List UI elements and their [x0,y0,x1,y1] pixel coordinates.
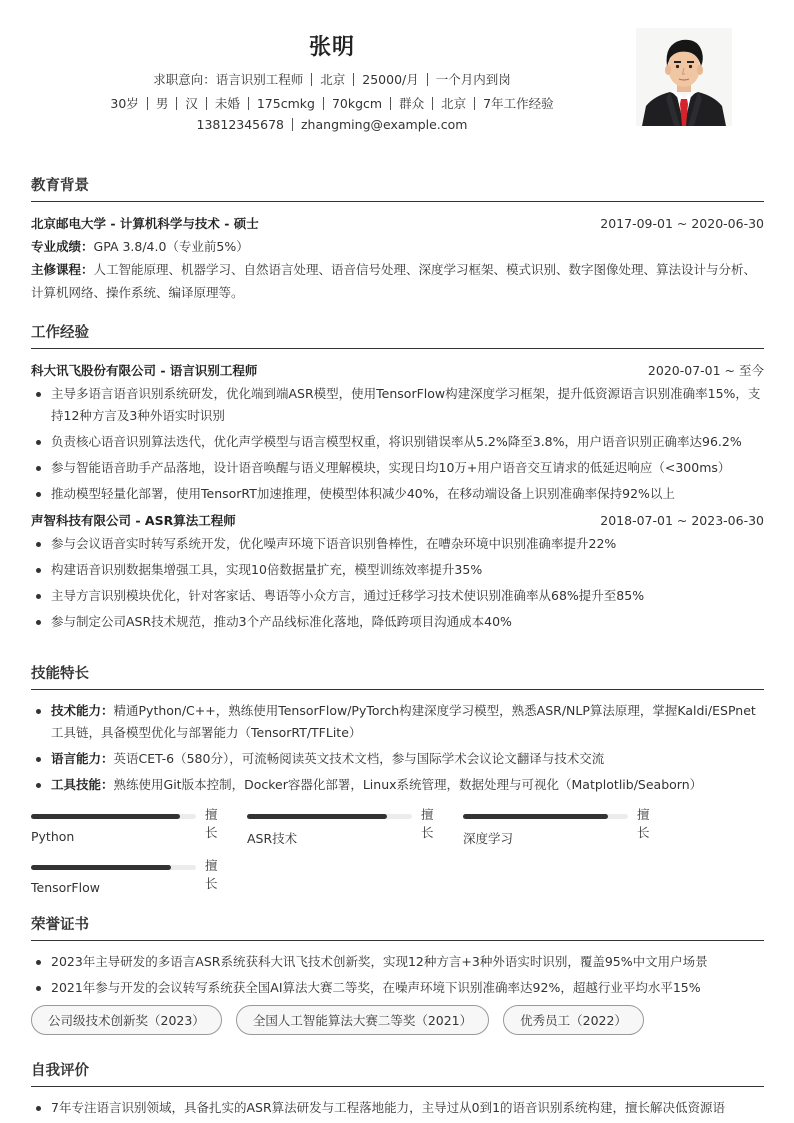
honors-section: 荣誉证书 2023年主导研发的多语言ASR系统获科大讯飞技术创新奖，实现12种方… [31,913,764,1035]
skill-name: TensorFlow [31,880,100,895]
skill-level: 擅长 [205,856,221,892]
skill-name: ASR技术 [247,829,297,847]
progress-track [463,814,628,819]
separator [176,97,177,110]
separator [427,73,428,86]
separator [323,97,324,110]
progress-fill [463,814,608,819]
separator [432,97,433,110]
skill-level: 擅长 [205,805,221,841]
separator [206,97,207,110]
separator [292,118,293,131]
list-item: 负责核心语音识别算法迭代，优化声学模型与语言模型权重，将识别错误率从5.2%降至… [31,431,764,453]
work-section: 工作经验 科大讯飞股份有限公司 - 语言识别工程师 2020-07-01 ~ 至… [31,321,764,637]
job-dates: 2020-07-01 ~ 至今 [648,361,764,379]
progress-fill [31,865,171,870]
residence: 北京 [441,96,466,111]
job-bullets: 主导多语言语音识别系统研发，优化端到端ASR模型，使用TensorFlow构建深… [31,383,764,505]
progress-track [247,814,412,819]
skill-text: 英语CET-6（580分），可流畅阅读英文技术文档，参与国际学术会议论文翻译与技… [114,751,605,766]
skill-text: 熟练使用Git版本控制，Docker容器化部署，Linux系统管理，数据处理与可… [114,777,703,792]
company-role: 声智科技有限公司 - ASR算法工程师 [31,511,236,529]
height: 175cmkg [257,96,315,111]
political-status: 群众 [399,96,424,111]
job-header: 声智科技有限公司 - ASR算法工程师 2018-07-01 ~ 2023-06… [31,509,764,531]
separator [353,73,354,86]
list-item: 2021年参与开发的会议转写系统获全国AI算法大赛二等奖，在噪声环境下识别准确率… [31,977,764,999]
job-intention: 求职意向：语言识别工程师 [153,72,303,87]
list-item: 技术能力：精通Python/C++，熟练使用TensorFlow/PyTorch… [31,700,764,744]
job-header: 科大讯飞股份有限公司 - 语言识别工程师 2020-07-01 ~ 至今 [31,359,764,381]
divider [31,348,764,349]
self-evaluation-section: 自我评价 7年专注语言识别领域，具备扎实的ASR算法研发与工程落地能力，主导过从… [31,1059,764,1123]
education-section: 教育背景 北京邮电大学 - 计算机科学与技术 - 硕士 2017-09-01 ~… [31,174,764,304]
job-intention-line: 求职意向：语言识别工程师北京25000/月一个月内到岗 [0,70,664,88]
skill-bar-tensorflow: 擅长 TensorFlow [31,856,221,900]
award-tag: 公司级技术创新奖（2023） [31,1005,222,1035]
skill-bar-deep-learning: 擅长 深度学习 [463,805,653,849]
skill-label: 语言能力： [51,751,114,766]
section-title: 自我评价 [31,1059,764,1081]
ethnicity: 汉 [185,96,198,111]
divider [31,201,764,202]
list-item: 构建语音识别数据集增强工具，实现10倍数据量扩充，模型训练效率提升35% [31,559,764,581]
skill-name: 深度学习 [463,829,513,847]
weight: 70kgcm [332,96,382,111]
self-eval-bullets: 7年专注语言识别领域，具备扎实的ASR算法研发与工程落地能力，主导过从0到1的语… [31,1097,764,1119]
award-tag: 优秀员工（2022） [503,1005,644,1035]
separator [311,73,312,86]
skills-section: 技能特长 技术能力：精通Python/C++，熟练使用TensorFlow/Py… [31,662,764,800]
courses-label: 主修课程： [31,262,94,277]
resume-header: 张明 求职意向：语言识别工程师北京25000/月一个月内到岗 30岁男汉未婚17… [0,0,794,150]
intended-city: 北京 [320,72,345,87]
list-item: 2023年主导研发的多语言ASR系统获科大讯飞技术创新奖，实现12种方言+3种外… [31,951,764,973]
progress-fill [247,814,387,819]
list-item: 参与制定公司ASR技术规范，推动3个产品线标准化落地，降低跨项目沟通成本40% [31,611,764,633]
avatar [636,28,732,126]
education-entry-header: 北京邮电大学 - 计算机科学与技术 - 硕士 2017-09-01 ~ 2020… [31,212,764,234]
expected-salary: 25000/月 [362,72,418,87]
skill-text: 精通Python/C++，熟练使用TensorFlow/PyTorch构建深度学… [51,703,756,740]
company-role: 科大讯飞股份有限公司 - 语言识别工程师 [31,361,257,379]
marital-status: 未婚 [215,96,240,111]
separator [248,97,249,110]
job-dates: 2018-07-01 ~ 2023-06-30 [600,513,764,528]
gender: 男 [156,96,169,111]
divider [31,689,764,690]
skill-bar-python: 擅长 Python [31,805,221,849]
list-item: 推动模型轻量化部署，使用TensorRT加速推理，使模型体积减少40%，在移动端… [31,483,764,505]
age: 30岁 [110,96,138,111]
email[interactable]: zhangming@example.com [301,117,467,132]
avatar-portrait-icon [636,28,732,126]
award-tags: 公司级技术创新奖（2023） 全国人工智能算法大赛二等奖（2021） 优秀员工（… [31,1005,764,1035]
progress-fill [31,814,180,819]
skill-level: 擅长 [637,805,653,841]
candidate-name: 张明 [0,30,664,61]
gpa-value: GPA 3.8/4.0（专业前5%） [94,239,249,254]
list-item: 主导方言识别模块优化，针对客家话、粤语等小众方言，通过迁移学习技术使识别准确率从… [31,585,764,607]
separator [474,97,475,110]
job-bullets: 参与会议语音实时转写系统开发，优化噪声环境下语音识别鲁棒性，在嘈杂环境中识别准确… [31,533,764,633]
section-title: 技能特长 [31,662,764,684]
list-item: 主导多语言语音识别系统研发，优化端到端ASR模型，使用TensorFlow构建深… [31,383,764,427]
skills-bullets: 技术能力：精通Python/C++，熟练使用TensorFlow/PyTorch… [31,700,764,796]
skill-label: 技术能力： [51,703,114,718]
skill-level: 擅长 [421,805,437,841]
separator [147,97,148,110]
list-item: 7年专注语言识别领域，具备扎实的ASR算法研发与工程落地能力，主导过从0到1的语… [31,1097,764,1119]
list-item: 工具技能：熟练使用Git版本控制，Docker容器化部署，Linux系统管理，数… [31,774,764,796]
list-item: 参与智能语音助手产品落地，设计语音唤醒与语义理解模块，实现日均10万+用户语音交… [31,457,764,479]
list-item: 参与会议语音实时转写系统开发，优化噪声环境下语音识别鲁棒性，在嘈杂环境中识别准确… [31,533,764,555]
personal-info-line: 30岁男汉未婚175cmkg70kgcm群众北京7年工作经验 [0,94,664,112]
skill-name: Python [31,829,74,844]
divider [31,940,764,941]
courses-line: 主修课程：人工智能原理、机器学习、自然语言处理、语音信号处理、深度学习框架、模式… [31,258,764,304]
award-tag: 全国人工智能算法大赛二等奖（2021） [236,1005,489,1035]
education-dates: 2017-09-01 ~ 2020-06-30 [600,216,764,231]
contact-line: 13812345678zhangming@example.com [0,117,664,132]
gpa-label: 专业成绩： [31,239,94,254]
section-title: 教育背景 [31,174,764,196]
availability: 一个月内到岗 [436,72,511,87]
section-title: 工作经验 [31,321,764,343]
divider [31,1086,764,1087]
work-years: 7年工作经验 [483,96,553,111]
section-title: 荣誉证书 [31,913,764,935]
progress-track [31,865,196,870]
list-item: 语言能力：英语CET-6（580分），可流畅阅读英文技术文档，参与国际学术会议论… [31,748,764,770]
courses-value: 人工智能原理、机器学习、自然语言处理、语音信号处理、深度学习框架、模式识别、数字… [31,262,756,300]
progress-track [31,814,196,819]
honors-bullets: 2023年主导研发的多语言ASR系统获科大讯飞技术创新奖，实现12种方言+3种外… [31,951,764,999]
skill-bar-asr: 擅长 ASR技术 [247,805,437,849]
gpa-line: 专业成绩：GPA 3.8/4.0（专业前5%） [31,235,764,258]
phone: 13812345678 [197,117,284,132]
skill-label: 工具技能： [51,777,114,792]
separator [390,97,391,110]
school-degree: 北京邮电大学 - 计算机科学与技术 - 硕士 [31,214,259,232]
